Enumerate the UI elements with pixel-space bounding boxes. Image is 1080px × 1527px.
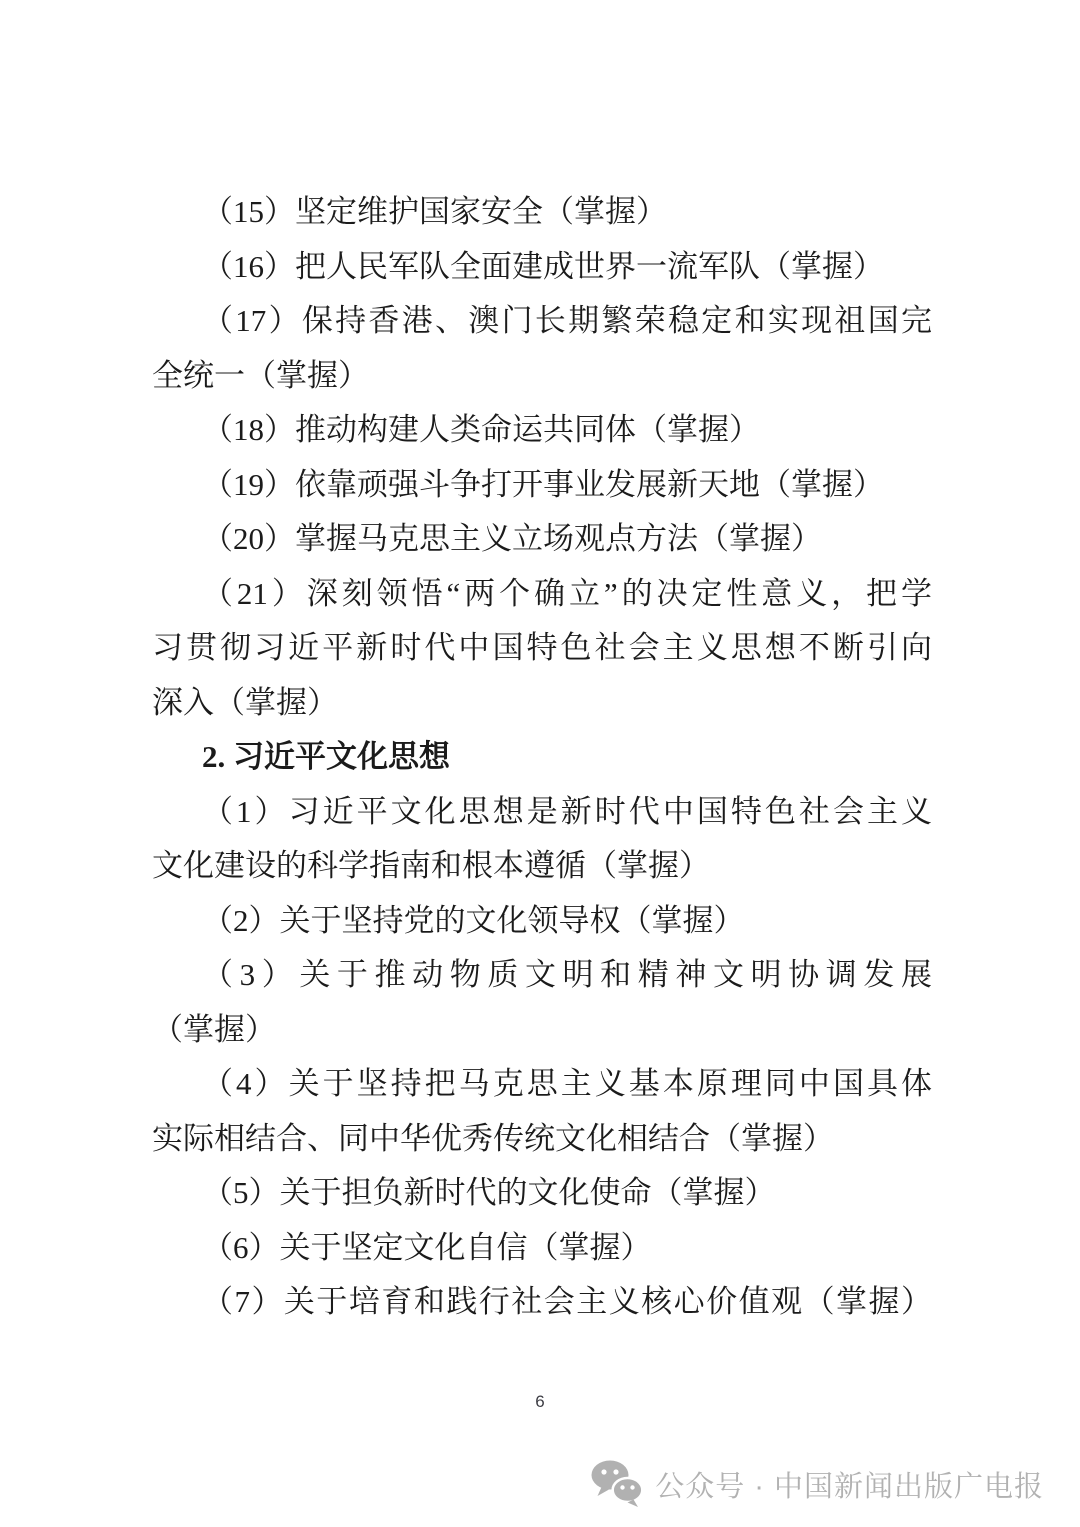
watermark-footer: 公众号 · 中国新闻出版广电报 (591, 1460, 1044, 1508)
document-page: （15）坚定维护国家安全（掌握）（16）把人民军队全面建成世界一流军队（掌握）（… (0, 0, 1080, 1527)
document-line: 深入（掌握） (152, 676, 932, 731)
document-line: （6）关于坚定文化自信（掌握） (152, 1221, 932, 1276)
page-number: 6 (0, 1392, 1080, 1412)
document-line: （18）推动构建人类命运共同体（掌握） (152, 403, 932, 458)
footer-label: 公众号 · 中国新闻出版广电报 (655, 1464, 1044, 1505)
document-line: （21）深刻领悟“两个确立”的决定性意义，把学 (152, 567, 932, 622)
document-line: （15）坚定维护国家安全（掌握） (152, 185, 932, 240)
document-line: 习贯彻习近平新时代中国特色社会主义思想不断引向 (152, 621, 932, 676)
document-line: （17）保持香港、澳门长期繁荣稳定和实现祖国完 (152, 294, 932, 349)
document-line: （7）关于培育和践行社会主义核心价值观（掌握） (152, 1275, 932, 1330)
document-line: （1）习近平文化思想是新时代中国特色社会主义 (152, 785, 932, 840)
document-line: （3）关于推动物质文明和精神文明协调发展 (152, 948, 932, 1003)
document-line: 全统一（掌握） (152, 349, 932, 404)
document-body: （15）坚定维护国家安全（掌握）（16）把人民军队全面建成世界一流军队（掌握）（… (152, 185, 932, 1330)
document-line: （2）关于坚持党的文化领导权（掌握） (152, 894, 932, 949)
document-line: 实际相结合、同中华优秀传统文化相结合（掌握） (152, 1112, 932, 1167)
document-line: （19）依靠顽强斗争打开事业发展新天地（掌握） (152, 458, 932, 513)
wechat-icon (591, 1460, 643, 1508)
document-line: 文化建设的科学指南和根本遵循（掌握） (152, 839, 932, 894)
document-line: （16）把人民军队全面建成世界一流军队（掌握） (152, 240, 932, 295)
document-line: （5）关于担负新时代的文化使命（掌握） (152, 1166, 932, 1221)
section-heading: 2. 习近平文化思想 (152, 730, 932, 785)
document-line: （4）关于坚持把马克思主义基本原理同中国具体 (152, 1057, 932, 1112)
document-line: （掌握） (152, 1003, 932, 1058)
document-line: （20）掌握马克思主义立场观点方法（掌握） (152, 512, 932, 567)
